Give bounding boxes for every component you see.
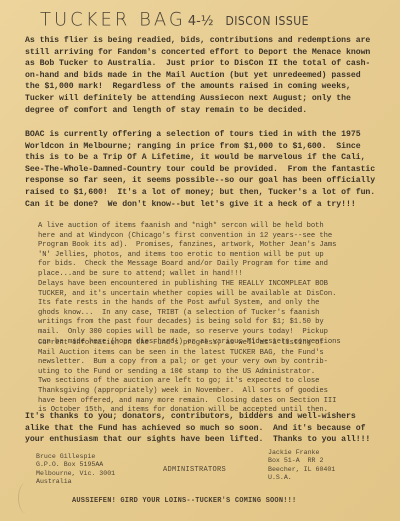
masthead: TUCKER BAG4-½DISCON ISSUE xyxy=(40,9,309,30)
issue-label: DISCON ISSUE xyxy=(225,14,309,28)
masthead-title: TUCKER BAG xyxy=(40,8,186,30)
paragraph-publication-delays: Delays have been encountered in publishi… xyxy=(38,280,341,347)
paragraph-tours-goal: BOAC is currently offering a selection o… xyxy=(25,129,375,210)
paragraph-fund-progress: As this flier is being readied, bids, co… xyxy=(25,35,370,116)
address-australia: Bruce Gillespie G.P.O. Box 5195AA Melbou… xyxy=(36,453,115,487)
paragraph-live-auction: A live auction of items faanish and *nig… xyxy=(38,222,336,280)
administrators-label: ADMINISTRATORS xyxy=(163,466,226,474)
flier-page: TUCKER BAG4-½DISCON ISSUE As this flier … xyxy=(0,0,400,521)
issue-number: 4-½ xyxy=(188,14,214,29)
paper-stain-mark xyxy=(18,483,33,513)
paragraph-thanks: It's thanks to you; donators, contributo… xyxy=(25,411,370,446)
paragraph-current-information: Current information on the Fund's progre… xyxy=(38,339,336,416)
footer-slogan: AUSSIEFEN! GIRD YOUR LOINS--TUCKER'S COM… xyxy=(72,497,296,505)
address-usa: Jackie Franke Box 51-A RR 2 Beecher, IL … xyxy=(268,449,335,483)
